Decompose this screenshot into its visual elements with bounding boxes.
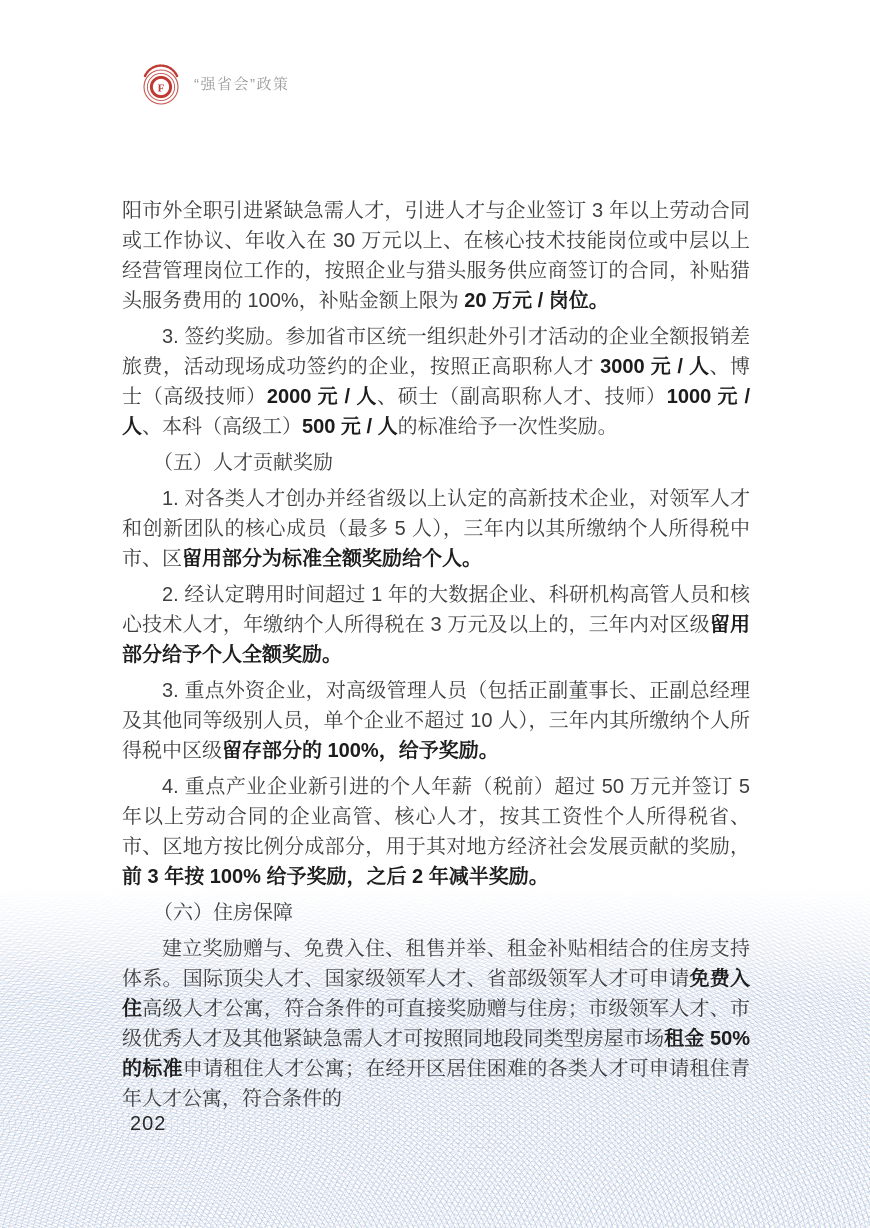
body-text: （五）人才贡献奖励 bbox=[153, 452, 333, 474]
document-page: { "header": { "brand": "“强省会”政策", "logo_… bbox=[0, 0, 870, 1228]
body-text: 2. 经认定聘用时间超过 1 年的大数据企业、科研机构高管人员和核心技术人才，年… bbox=[122, 584, 750, 636]
emphasis-text: 20 万元 / 岗位。 bbox=[464, 290, 608, 312]
emphasis-text: 留用部分为标准全额奖励给个人。 bbox=[182, 548, 482, 570]
body-text: 4. 重点产业企业新引进的个人年薪（税前）超过 50 万元并签订 5 年以上劳动… bbox=[122, 776, 750, 858]
emphasis-text: 前 3 年按 100% 给予奖励，之后 2 年减半奖励。 bbox=[122, 866, 549, 888]
emphasis-text: 500 元 / 人 bbox=[302, 416, 398, 438]
paragraph: 2. 经认定聘用时间超过 1 年的大数据企业、科研机构高管人员和核心技术人才，年… bbox=[122, 580, 750, 670]
section-heading: （六）住房保障 bbox=[122, 898, 750, 928]
emphasis-text: 留存部分的 100%，给予奖励。 bbox=[222, 740, 499, 762]
paragraph: 3. 重点外资企业，对高级管理人员（包括正副董事长、正副总经理及其他同等级别人员… bbox=[122, 676, 750, 766]
body-text: 建立奖励赠与、免费入住、租售并举、租金补贴相结合的住房支持体系。国际顶尖人才、国… bbox=[122, 938, 750, 990]
page-header: F “强省会”政策 bbox=[138, 58, 290, 108]
svg-text:F: F bbox=[158, 82, 165, 94]
section-heading: （五）人才贡献奖励 bbox=[122, 448, 750, 478]
body-text: 高级人才公寓，符合条件的可直接奖励赠与住房；市级领军人才、市级优秀人才及其他紧缺… bbox=[122, 998, 750, 1050]
body-text: 、硕士（副高职称人才、技师） bbox=[377, 386, 667, 408]
emphasis-text: 3000 元 / 人 bbox=[600, 356, 709, 378]
brand-title: “强省会”政策 bbox=[194, 73, 290, 94]
paragraph: 建立奖励赠与、免费入住、租售并举、租金补贴相结合的住房支持体系。国际顶尖人才、国… bbox=[122, 934, 750, 1114]
university-seal-icon: F bbox=[138, 58, 184, 108]
document-body: 阳市外全职引进紧缺急需人才，引进人才与企业签订 3 年以上劳动合同或工作协议、年… bbox=[122, 196, 750, 1120]
paragraph: 4. 重点产业企业新引进的个人年薪（税前）超过 50 万元并签订 5 年以上劳动… bbox=[122, 772, 750, 892]
body-text: 申请租住人才公寓；在经开区居住困难的各类人才可申请租住青年人才公寓，符合条件的 bbox=[122, 1058, 750, 1110]
body-text: 、本科（高级工） bbox=[142, 416, 302, 438]
paragraph: 1. 对各类人才创办并经省级以上认定的高新技术企业，对领军人才和创新团队的核心成… bbox=[122, 484, 750, 574]
body-text: （六）住房保障 bbox=[153, 902, 293, 924]
paragraph: 3. 签约奖励。参加省市区统一组织赴外引才活动的企业全额报销差旅费，活动现场成功… bbox=[122, 322, 750, 442]
page-number: 202 bbox=[130, 1113, 166, 1136]
body-text: 阳市外全职引进紧缺急需人才，引进人才与企业签订 3 年以上劳动合同或工作协议、年… bbox=[122, 200, 750, 312]
emphasis-text: 2000 元 / 人 bbox=[267, 386, 377, 408]
paragraph: 阳市外全职引进紧缺急需人才，引进人才与企业签订 3 年以上劳动合同或工作协议、年… bbox=[122, 196, 750, 316]
body-text: 的标准给予一次性奖励。 bbox=[398, 416, 618, 438]
